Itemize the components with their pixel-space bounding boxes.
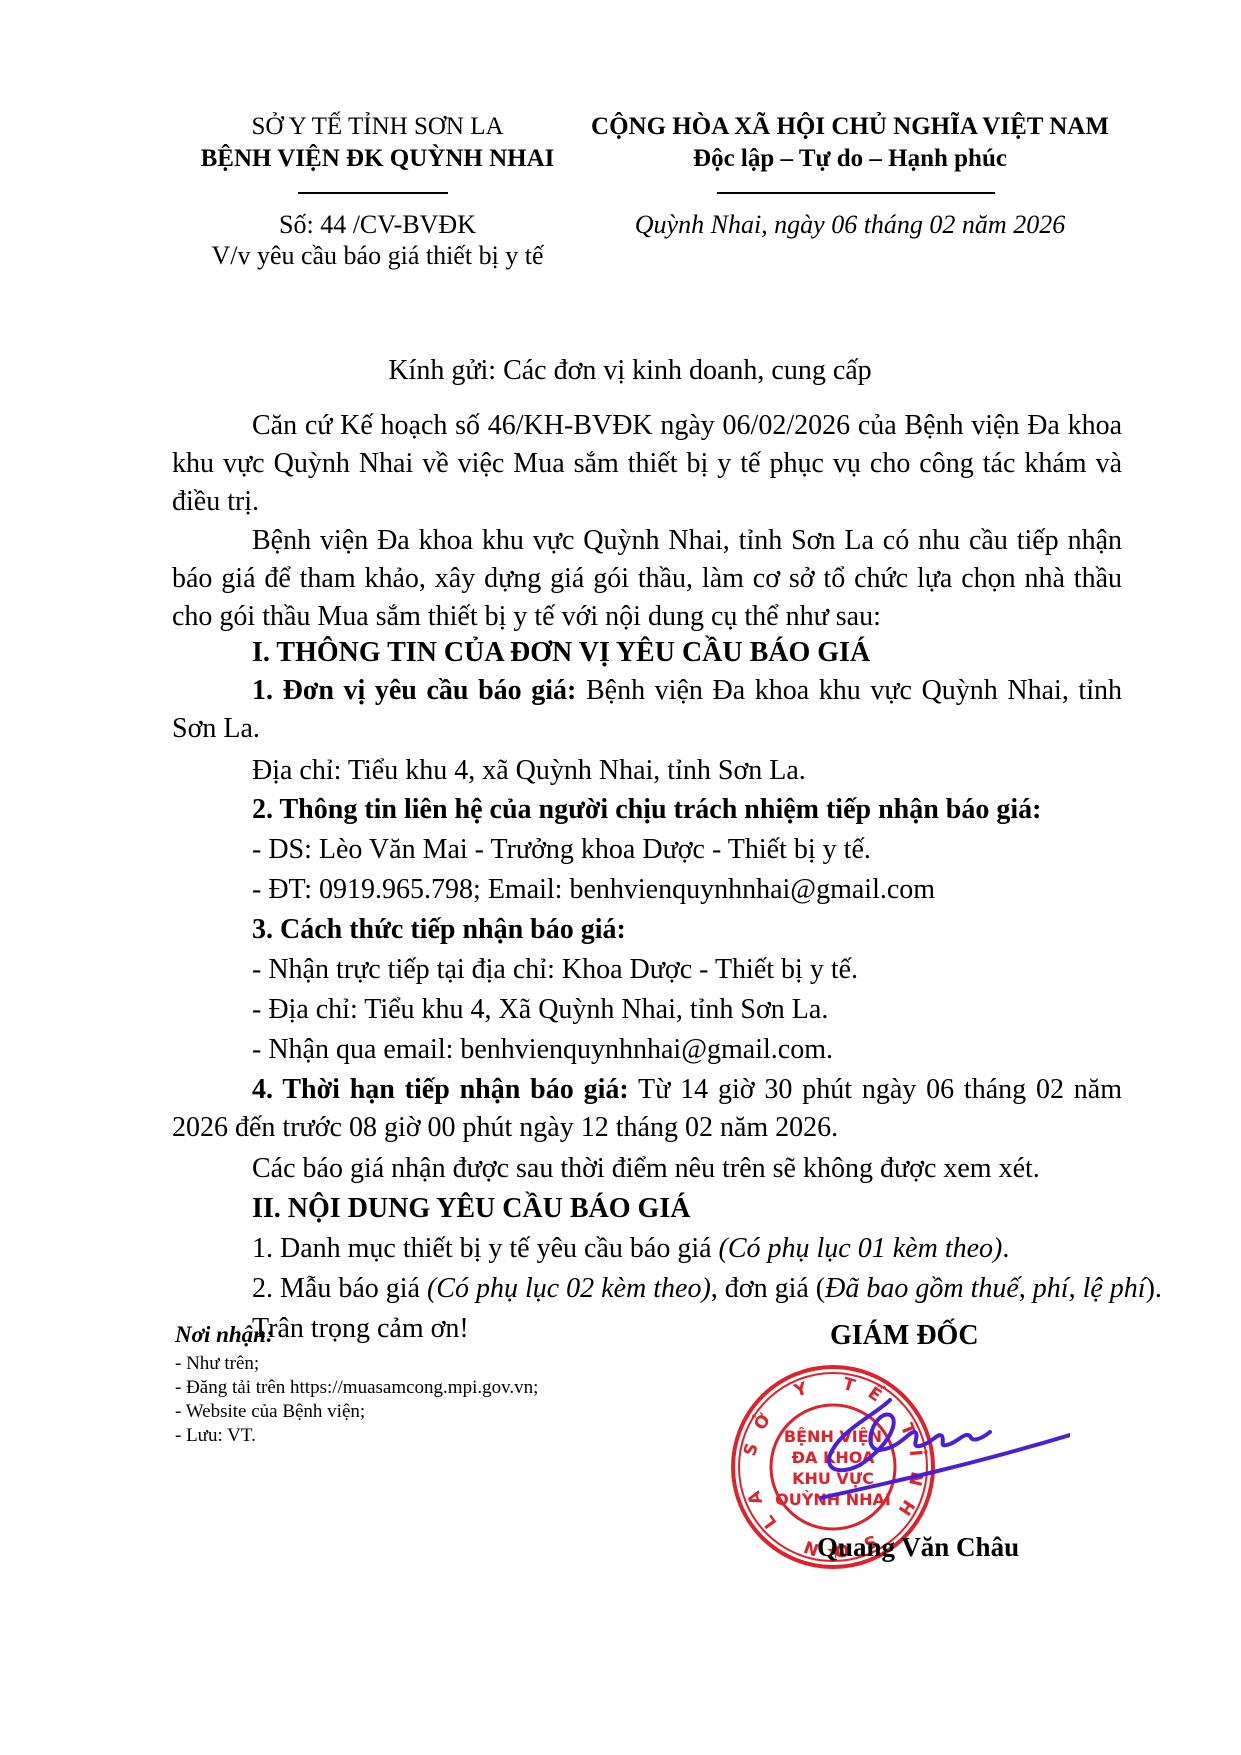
recipients-title: Nơi nhận: (175, 1323, 274, 1346)
section-2-item-1: 1. Danh mục thiết bị y tế yêu cầu báo gi… (252, 1230, 1009, 1268)
contact-person: - DS: Lèo Văn Mai - Trưởng khoa Dược - T… (252, 831, 871, 869)
header-left-rule (298, 192, 448, 194)
receive-direct: - Nhận trực tiếp tại địa chỉ: Khoa Dược … (252, 951, 858, 989)
document-number: Số: 44 /CV-BVĐK (150, 210, 605, 240)
requester-address: Địa chỉ: Tiểu khu 4, xã Quỳnh Nhai, tỉnh… (252, 752, 806, 790)
section-1-item-3-label: 3. Cách thức tiếp nhận báo giá: (252, 911, 626, 949)
section-1-item-2-label: 2. Thông tin liên hệ của người chịu trác… (252, 791, 1041, 829)
place-date: Quỳnh Nhai, ngày 06 tháng 02 năm 2026 (585, 210, 1115, 240)
recipient-item: - Như trên; (175, 1352, 259, 1375)
item-1-label: 1. Đơn vị yêu cầu báo giá: (252, 675, 576, 706)
section-2-title: II. NỘI DUNG YÊU CẦU BÁO GIÁ (252, 1190, 690, 1228)
signer-name: Quang Văn Châu (817, 1532, 1019, 1563)
document-subject: V/v yêu cầu báo giá thiết bị y tế (150, 241, 605, 271)
agency-name: SỞ Y TẾ TỈNH SƠN LA (150, 112, 605, 142)
receive-email: - Nhận qua email: benhvienquynhnhai@gmai… (252, 1031, 833, 1069)
item-punct: ). (1146, 1273, 1162, 1304)
item-note-2: Đã bao gồm thuế, phí, lệ phí (825, 1273, 1145, 1304)
intro-paragraph-2: Bệnh viện Đa khoa khu vực Quỳnh Nhai, tỉ… (172, 522, 1122, 636)
handwritten-signature (820, 1370, 1070, 1520)
item-4-label: 4. Thời hạn tiếp nhận báo giá: (252, 1074, 629, 1105)
closing-thanks: Trân trọng cảm ơn! (252, 1310, 469, 1348)
signer-title: GIÁM ĐỐC (830, 1320, 979, 1352)
intro-paragraph-1: Căn cứ Kế hoạch số 46/KH-BVĐK ngày 06/02… (172, 407, 1122, 521)
section-1-item-1: 1. Đơn vị yêu cầu báo giá: Bệnh viện Đa … (172, 672, 1122, 748)
item-note: (Có phụ lục 01 kèm theo) (719, 1233, 1003, 1264)
recipient-item: - Đăng tải trên https://muasamcong.mpi.g… (175, 1376, 538, 1399)
organization-name: BỆNH VIỆN ĐK QUỲNH NHAI (150, 144, 605, 174)
national-motto: Độc lập – Tự do – Hạnh phúc (585, 144, 1115, 174)
item-punct: . (1002, 1233, 1009, 1264)
item-text: 2. Mẫu báo giá (252, 1273, 427, 1304)
header-right-rule (717, 192, 995, 194)
recipient-item: - Website của Bệnh viện; (175, 1400, 365, 1423)
salutation: Kính gửi: Các đơn vị kinh doanh, cung cấ… (150, 355, 1110, 387)
item-text: 1. Danh mục thiết bị y tế yêu cầu báo gi… (252, 1233, 719, 1264)
intro-paragraph-1-text: Căn cứ Kế hoạch số 46/KH-BVĐK ngày 06/02… (172, 410, 1122, 517)
receive-address: - Địa chỉ: Tiểu khu 4, Xã Quỳnh Nhai, tỉ… (252, 991, 828, 1029)
recipient-item: - Lưu: VT. (175, 1424, 256, 1447)
section-2-item-2: 2. Mẫu báo giá (Có phụ lục 02 kèm theo),… (252, 1270, 1162, 1308)
section-1-item-4: 4. Thời hạn tiếp nhận báo giá: Từ 14 giờ… (172, 1071, 1122, 1147)
item-note: (Có phụ lục 02 kèm theo) (427, 1273, 711, 1304)
intro-paragraph-2-text: Bệnh viện Đa khoa khu vực Quỳnh Nhai, tỉ… (172, 525, 1122, 632)
item-text-mid: , đơn giá ( (711, 1273, 825, 1304)
contact-phone-email: - ĐT: 0919.965.798; Email: benhvienquynh… (252, 871, 935, 909)
late-submission-note: Các báo giá nhận được sau thời điểm nêu … (252, 1150, 1040, 1188)
country-name: CỘNG HÒA XÃ HỘI CHỦ NGHĨA VIỆT NAM (585, 112, 1115, 142)
section-1-title: I. THÔNG TIN CỦA ĐƠN VỊ YÊU CẦU BÁO GIÁ (252, 634, 870, 672)
